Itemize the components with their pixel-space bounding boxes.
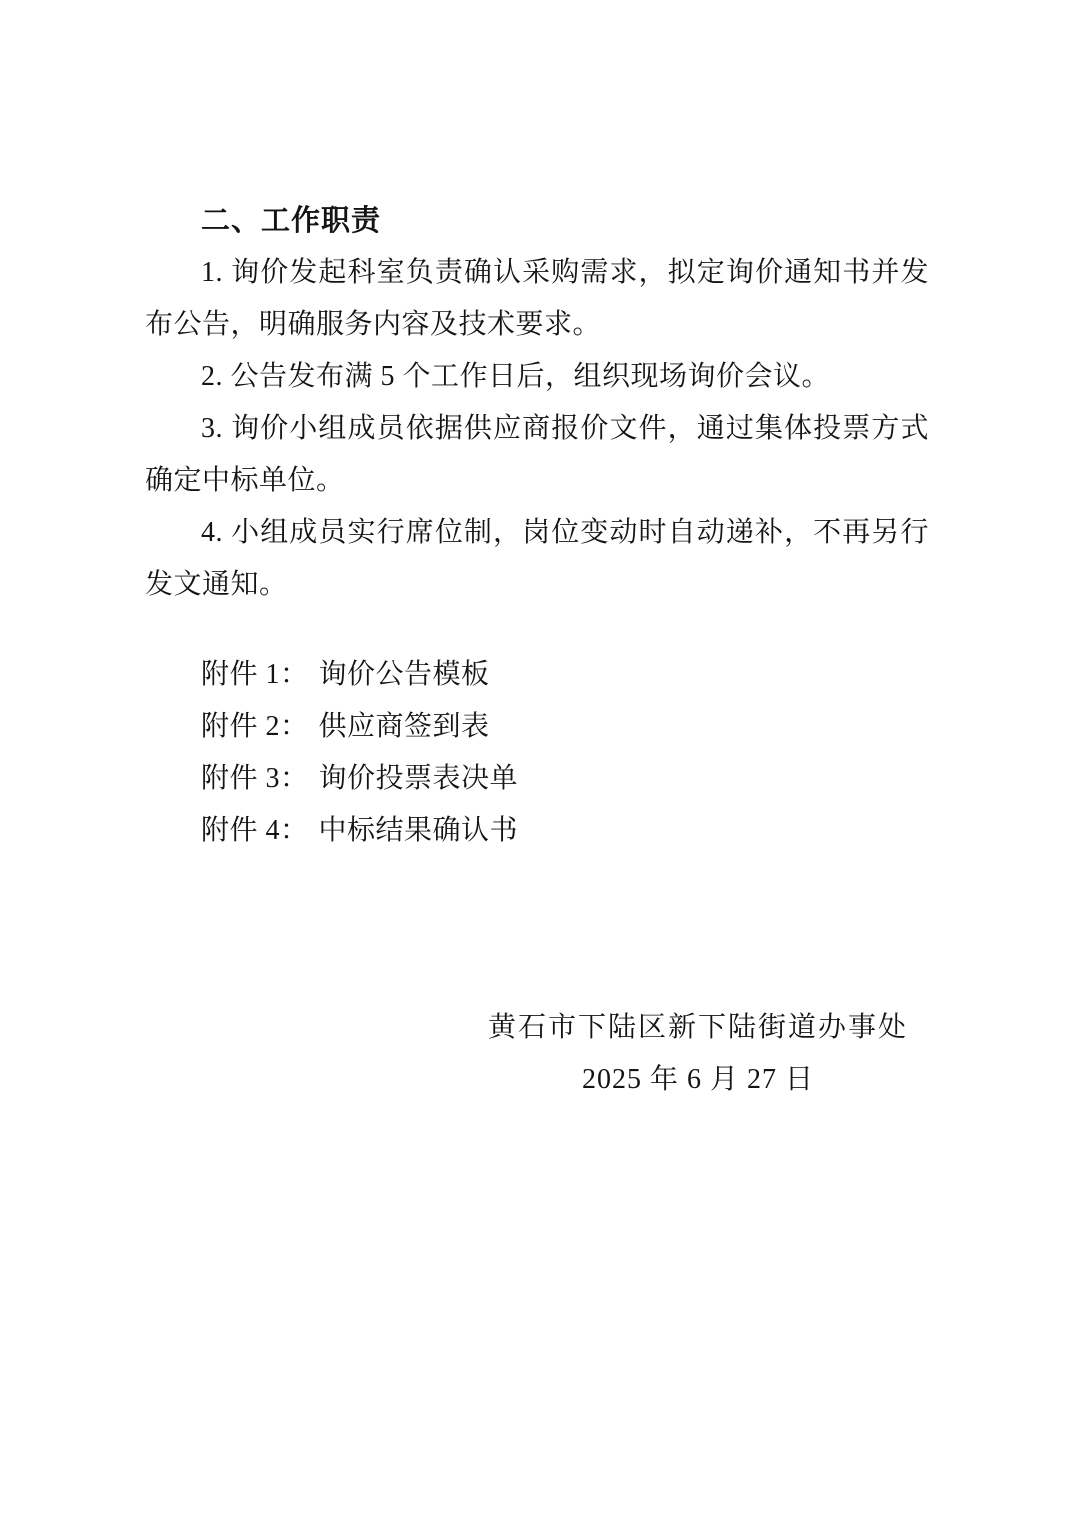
- attachment-label: 附件 4：: [201, 815, 309, 846]
- document-content: 二、工作职责 1. 询价发起科室负责确认采购需求，拟定询价通知书并发布公告，明确…: [0, 0, 1074, 1106]
- attachment-title: 供应商签到表: [319, 711, 490, 742]
- body-paragraph-2: 2. 公告发布满 5 个工作日后，组织现场询价会议。: [145, 351, 929, 403]
- document-page: 二、工作职责 1. 询价发起科室负责确认采购需求，拟定询价通知书并发布公告，明确…: [0, 0, 1074, 1520]
- attachment-item-1: 附件 1：询价公告模板: [145, 649, 929, 701]
- attachment-label: 附件 2：: [201, 711, 309, 742]
- section-heading: 二、工作职责: [145, 195, 929, 247]
- body-paragraph-1: 1. 询价发起科室负责确认采购需求，拟定询价通知书并发布公告，明确服务内容及技术…: [145, 247, 929, 351]
- attachment-item-4: 附件 4：中标结果确认书: [145, 805, 929, 857]
- signature-organization: 黄石市下陆区新下陆街道办事处: [483, 1002, 913, 1054]
- attachment-title: 中标结果确认书: [319, 815, 519, 846]
- attachment-label: 附件 3：: [201, 763, 309, 794]
- attachment-item-3: 附件 3：询价投票表决单: [145, 753, 929, 805]
- body-paragraph-4: 4. 小组成员实行席位制，岗位变动时自动递补，不再另行发文通知。: [145, 507, 929, 611]
- attachment-list: 附件 1：询价公告模板 附件 2：供应商签到表 附件 3：询价投票表决单 附件 …: [145, 649, 929, 857]
- attachment-item-2: 附件 2：供应商签到表: [145, 701, 929, 753]
- attachment-title: 询价投票表决单: [319, 763, 519, 794]
- signature-block: 黄石市下陆区新下陆街道办事处 2025 年 6 月 27 日: [483, 1002, 913, 1106]
- signature-date: 2025 年 6 月 27 日: [483, 1054, 913, 1106]
- body-paragraph-3: 3. 询价小组成员依据供应商报价文件，通过集体投票方式确定中标单位。: [145, 403, 929, 507]
- attachment-label: 附件 1：: [201, 659, 309, 690]
- attachment-title: 询价公告模板: [319, 659, 490, 690]
